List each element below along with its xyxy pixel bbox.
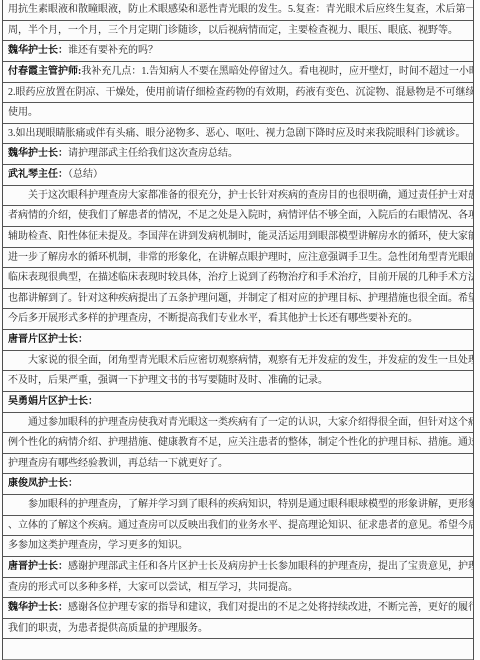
table-row: 魏华护士长：谁还有要补充的吗？ [3,41,473,62]
table-row: 今后多开展形式多样的护理查房，不断提高我们专业水平，看其他护士长还有哪些要补充的… [3,309,473,330]
table-row: 用抗生素眼液和散瞳眼液，防止术眼感染和恶性青光眼的发生。5.复查：青光眼术后应终… [3,0,473,21]
table-row: 多参加这类护理查房，学习更多的知识。 [3,536,473,557]
speaker-name: 唐晋片区护士长： [8,334,88,345]
line-text: 感谢护理部武主任和各片区护士长及病房护士长参加眼科的护理查房，提出了宝贵意见，护… [68,561,473,572]
table-row: 例个性化的病情介绍、护理措施、健康教育不足，应关注患者的整体，制定个性化的护理目… [3,433,473,454]
table-row: 辅助检查、阳性体征未提及。李国萍在讲到发病机制时，能灵活运用到眼部模型讲解房水的… [3,227,473,248]
line-text: 我补充几点：1.告知病人不要在黑暗处停留过久。看电视时，应开壁灯，时间不超过一小… [81,66,473,77]
table-row: 唐晋片区护士长： [3,330,473,351]
line-text: 者病情的介绍，使我们了解患者的情况，不足之处是入院时，病情评估不够全面，入院后的… [8,210,473,221]
line-text: 请护理部武主任给我们这次查房总结。 [68,148,238,159]
line-text: 用抗生素眼液和散瞳眼液，防止术眼感染和恶性青光眼的发生。5.复查：青光眼术后应终… [8,4,473,15]
line-text: 谁还有要补充的吗？ [68,45,158,56]
line-text: 不及时，后果严重，强调一下护理文书的书写要随时及时、准确的记录。 [8,375,328,386]
line-text: 参加眼科的护理查房，了解并学习到了眼科的疾病知识，特别是通过眼科眼球模型的形象讲… [8,499,473,510]
table-row: 查房的形式可以多种多样，大家可以尝试，相互学习，共同提高。 [3,578,473,599]
line-text: 辅助检查、阳性体征未提及。李国萍在讲到发病机制时，能灵活运用到眼部模型讲解房水的… [8,231,473,242]
line-text: 感谢各位护理专家的指导和建议，我们对提出的不足之处将持续改进，不断完善，更好的履… [68,602,473,613]
table-row: 进一步了解房水的循环机制，非常的形象化，在讲解点眼护理时，应注意强调手卫生。急性… [3,248,473,269]
speaker-name: 魏华护士长： [8,602,68,613]
line-text: 、立体的了解这个疾病。通过查房可以反映出我们的业务水平、提高理论知识、征求患者的… [8,520,473,531]
table-row: 康俊凤护士长： [3,474,473,495]
speaker-name: 唐晋护士长： [8,561,68,572]
table-row: 武礼琴主任：（总结） [3,165,473,186]
table-row: 我们的职责，为患者提供高质量的护理服务。 [3,619,473,640]
speaker-name: 武礼琴主任： [8,169,68,180]
line-text: 我们的职责，为患者提供高质量的护理服务。 [8,623,208,634]
table-row: 临床表现很典型，在描述临床表现时较具体，治疗上说到了药物治疗和手术治疗，目前开展… [3,268,473,289]
table-row: 大家说的很全面，闭角型青光眼术后应密切观察病情，观察有无并发症的发生，并发症的发… [3,351,473,372]
line-text: 今后多开展形式多样的护理查房，不断提高我们专业水平，看其他护士长还有哪些要补充的… [8,313,418,324]
table-row: 周，半个月，一个月，三个月定期门诊随诊，以后视病情而定，主要检查视力、眼压、眼底… [3,21,473,42]
speaker-name: 付春霞主管护师: [8,66,81,77]
table-row: 吴勇娟片区护士长： [3,392,473,413]
line-text: 通过参加眼科的护理查房使我对青光眼这一类疾病有了一定的认识，大家介绍得很全面，但… [8,417,473,428]
table-row: 通过参加眼科的护理查房使我对青光眼这一类疾病有了一定的认识，大家介绍得很全面，但… [3,413,473,434]
line-text: 查房的形式可以多种多样，大家可以尝试，相互学习，共同提高。 [8,582,298,593]
line-text: 3.如出现眼睛胀痛或伴有头痛、眼分泌物多、恶心、呕吐、视力急剧下降时应及时来我院… [8,128,466,139]
line-text: （总结） [68,169,103,180]
speaker-name: 吴勇娟片区护士长： [8,396,98,407]
table-row: 使用。 [3,103,473,124]
line-text: 使用。 [8,107,38,118]
line-text: 2.眼药应放置在阴凉、干燥处，使用前请仔细检查药物的有效期，药液有变色、沉淀物、… [8,87,473,98]
table-row: 关于这次眼科护理查房大家都准备的很充分，护士长针对疾病的查房目的也很明确，通过责… [3,186,473,207]
table-row: 、立体的了解这个疾病。通过查房可以反映出我们的业务水平、提高理论知识、征求患者的… [3,516,473,537]
table-row: 也都讲解到了。针对这种疾病提出了五条护理问题，并制定了相对应的护理目标、护理措施… [3,289,473,310]
table-row: 护理查房有哪些经验教训，再总结一下就更好了。 [3,454,473,475]
line-text: 关于这次眼科护理查房大家都准备的很充分，护士长针对疾病的查房目的也很明确，通过责… [8,190,473,201]
line-text: 周，半个月，一个月，三个月定期门诊随诊，以后视病情而定，主要检查视力、眼压、眼底… [8,25,458,36]
line-text: 也都讲解到了。针对这种疾病提出了五条护理问题，并制定了相对应的护理目标、护理措施… [8,293,473,304]
speaker-name: 魏华护士长： [8,148,68,159]
table-row: 2.眼药应放置在阴凉、干燥处，使用前请仔细检查药物的有效期，药液有变色、沉淀物、… [3,83,473,104]
table-row: 者病情的介绍，使我们了解患者的情况，不足之处是入院时，病情评估不够全面，入院后的… [3,206,473,227]
line-text: 大家说的很全面，闭角型青光眼术后应密切观察病情，观察有无并发症的发生，并发症的发… [8,355,473,366]
line-text: 进一步了解房水的循环机制，非常的形象化，在讲解点眼护理时，应注意强调手卫生。急性… [8,252,473,263]
table-row: 唐晋护士长：感谢护理部武主任和各片区护士长及病房护士长参加眼科的护理查房，提出了… [3,557,473,578]
table-row: 付春霞主管护师:我补充几点：1.告知病人不要在黑暗处停留过久。看电视时，应开壁灯… [3,62,473,83]
document-page: 用抗生素眼液和散瞳眼液，防止术眼感染和恶性青光眼的发生。5.复查：青光眼术后应终… [0,0,480,660]
table-row: 3.如出现眼睛胀痛或伴有头痛、眼分泌物多、恶心、呕吐、视力急剧下降时应及时来我院… [3,124,473,145]
table-row: 参加眼科的护理查房，了解并学习到了眼科的疾病知识，特别是通过眼科眼球模型的形象讲… [3,495,473,516]
line-text: 多参加这类护理查房，学习更多的知识。 [8,540,188,551]
table-row: 不及时，后果严重，强调一下护理文书的书写要随时及时、准确的记录。 [3,371,473,392]
speaker-name: 魏华护士长： [8,45,68,56]
table-row: 魏华护士长：请护理部武主任给我们这次查房总结。 [3,144,473,165]
table-row: 魏华护士长：感谢各位护理专家的指导和建议，我们对提出的不足之处将持续改进，不断完… [3,598,473,619]
nursing-round-record-table: 用抗生素眼液和散瞳眼液，防止术眼感染和恶性青光眼的发生。5.复查：青光眼术后应终… [2,0,474,660]
line-text: 护理查房有哪些经验教训，再总结一下就更好了。 [8,458,228,469]
line-text: 临床表现很典型，在描述临床表现时较具体，治疗上说到了药物治疗和手术治疗，目前开展… [8,272,473,283]
line-text: 例个性化的病情介绍、护理措施、健康教育不足，应关注患者的整体，制定个性化的护理目… [8,437,473,448]
speaker-name: 康俊凤护士长： [8,478,78,489]
table-row [3,639,473,660]
